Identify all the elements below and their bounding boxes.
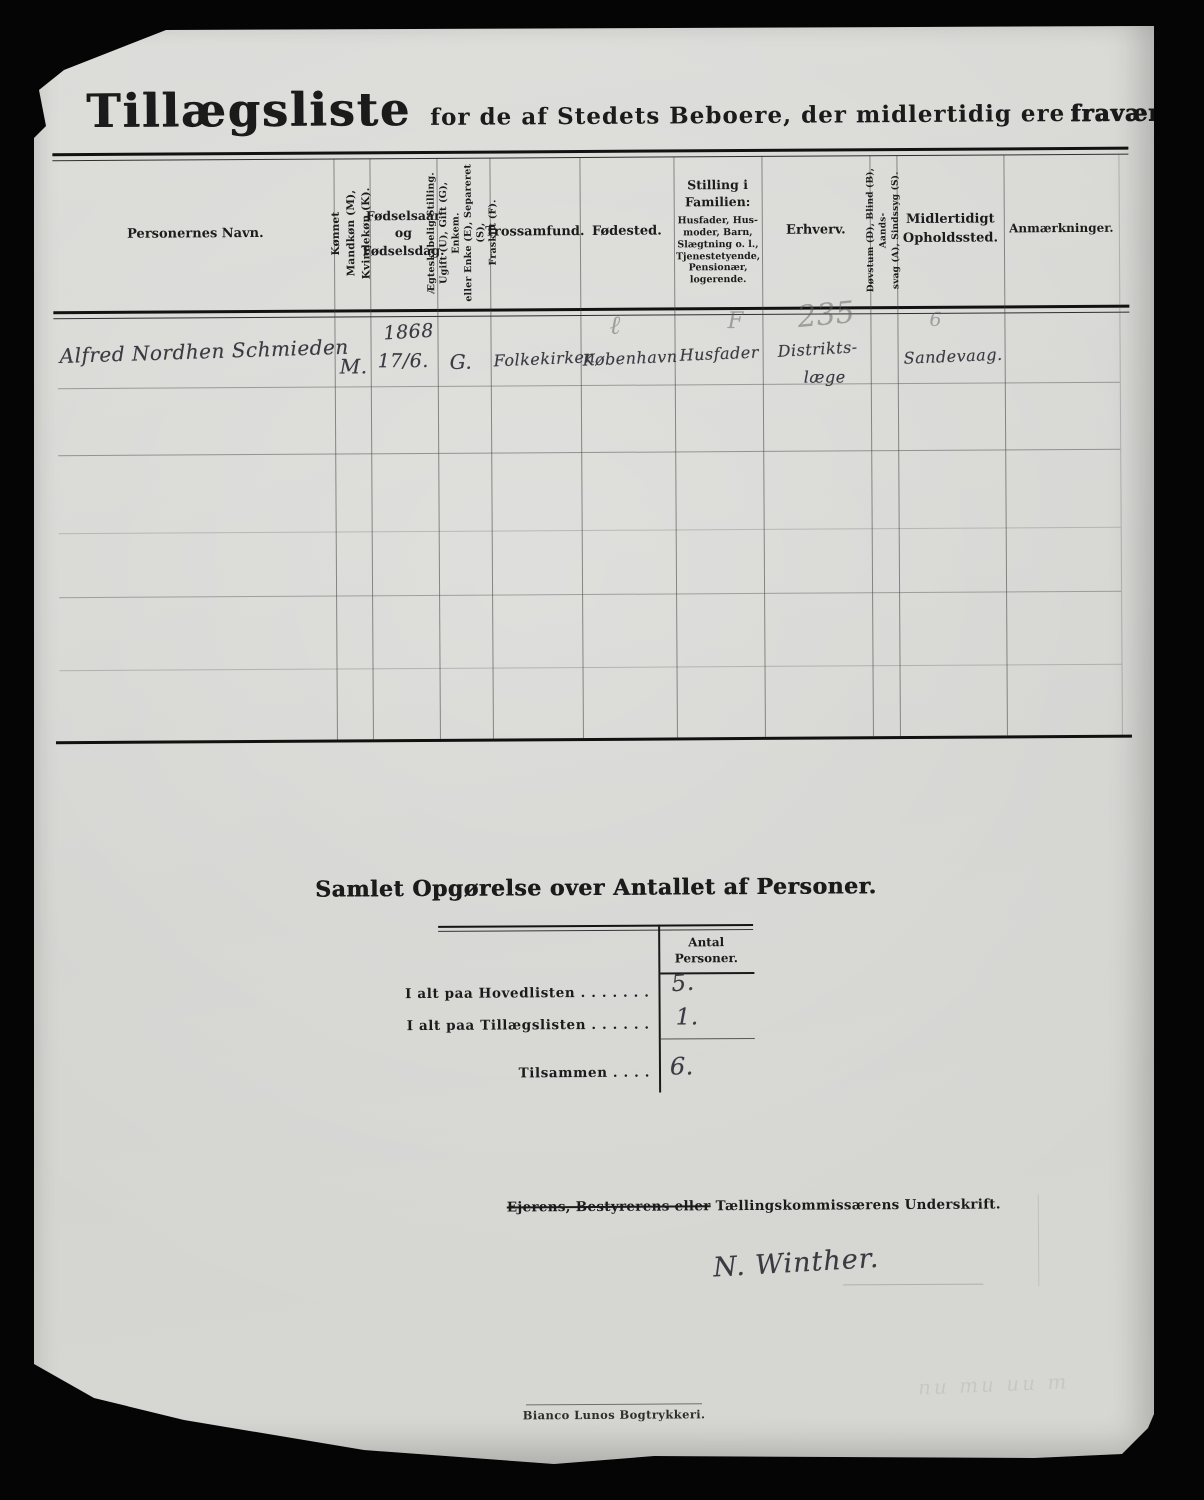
entry-birth-year: 1868 [383, 320, 435, 345]
faint-scribble: nu mu uu m [917, 1369, 1069, 1399]
header-trossamfund: Trossamfund. [489, 159, 580, 306]
form-title: Tillægsliste for de af Stedets Beboere, … [86, 78, 1136, 138]
row-line [60, 664, 1122, 671]
header-label: Kønnet [329, 160, 345, 306]
header-personernes-navn: Personernes Navn. [56, 161, 334, 309]
pencil-mark-family: F [727, 308, 743, 334]
entry-occupation-line2: læge [804, 367, 846, 386]
pencil-mark-birthplace: ℓ [609, 311, 620, 341]
entry-sex: M. [340, 354, 368, 378]
header-fodested: Fødested. [579, 158, 674, 305]
header-stilling-i-familien: Stilling i Familien: Husfader, Hus- mode… [673, 158, 762, 305]
scanned-page-background: Tillægsliste for de af Stedets Beboere, … [0, 0, 1204, 1500]
signature-heading: Ejerens, Bestyrerens eller Tællingskommi… [467, 1196, 1041, 1216]
header-label: Stilling i Familien: [685, 176, 751, 211]
form-title-rest: for de af Stedets Beboere, der midlertid… [430, 100, 1065, 131]
entry-birthplace: København [582, 347, 678, 370]
entry-marital-status: G. [450, 350, 473, 374]
table-bottom-rule [56, 735, 1132, 745]
header-anmaerkninger: Anmærkninger. [1003, 156, 1119, 303]
header-aegteskabelig-stilling: Ægteskabelig Stilling. Ugift (U), Gift (… [436, 160, 490, 306]
footer-rule [526, 1403, 702, 1405]
summary-row-hovedlisten-value: 5. [671, 970, 696, 998]
column-divider [1118, 154, 1123, 735]
entry-family-position: Husfader [679, 343, 759, 365]
row-line [58, 382, 1120, 389]
form-content: Tillægsliste for de af Stedets Beboere, … [30, 20, 1159, 1465]
entry-birth-day: 17/6. [378, 350, 429, 372]
header-label: Døvstum (D), Blind (B), Aands- [864, 157, 890, 303]
printer-imprint: Bianco Lunos Bogtrykkeri. [486, 1407, 742, 1423]
header-label: Fødested. [592, 222, 662, 241]
summary-total-label: Tilsammen . . . . [400, 1065, 650, 1083]
entry-occupation-line1: Distrikts- [777, 337, 858, 361]
header-sublabel: Husfader, Hus- moder, Barn, Slægtning o.… [676, 215, 761, 287]
signature-heading-struck: Ejerens, Bestyrerens eller [507, 1198, 711, 1215]
form-title-emphasis: fraværende. [1070, 99, 1204, 127]
pencil-mark-occupation: 235 [796, 295, 856, 335]
row-line [59, 527, 1121, 534]
summary-row-hovedlisten-label: I alt paa Hovedlisten . . . . . . . [399, 985, 649, 1003]
entry-temporary-residence: Sandevaag. [903, 345, 1003, 368]
summary-row-tillaegslisten-label: I alt paa Tillægslisten . . . . . . [400, 1017, 650, 1035]
header-label: Erhverv. [786, 221, 846, 240]
pencil-mark-residence: 6 [929, 309, 941, 331]
summary-row-tillaegslisten-value: 1. [676, 1004, 699, 1030]
header-label: Anmærkninger. [1009, 220, 1114, 238]
header-label: Midlertidigt Opholdssted. [903, 211, 998, 249]
signature-baseline [843, 1284, 983, 1286]
header-label: Ugift (U), Gift (G), Enkem. [438, 160, 464, 306]
summary-total-value: 6. [670, 1052, 694, 1080]
summary-column-header: Antal Personer. [658, 934, 754, 967]
header-dovstum: Døvstum (D), Blind (B), Aands- svag (A),… [869, 157, 897, 303]
signature-name: N. Winther. [712, 1243, 880, 1284]
header-label: Trossamfund. [485, 223, 584, 242]
form-title-main: Tillægsliste [86, 82, 411, 138]
header-label: Personernes Navn. [127, 225, 264, 245]
header-midlertidigt-opholdssted: Midlertidigt Opholdssted. [896, 156, 1004, 303]
entry-name: Alfred Nordhen Schmieden [59, 335, 349, 368]
header-erhverv: Erhverv. [761, 157, 870, 304]
paper-sheet: Tillægsliste for de af Stedets Beboere, … [34, 26, 1154, 1464]
summary-title: Samlet Opgørelse over Antallet af Person… [306, 873, 886, 903]
summary-top-rule [438, 924, 753, 932]
row-line [59, 591, 1121, 598]
row-line [58, 449, 1120, 456]
summary-total-line [661, 1038, 755, 1040]
signature-heading-rest: Tællingskommissærens Underskrift. [711, 1196, 1001, 1214]
